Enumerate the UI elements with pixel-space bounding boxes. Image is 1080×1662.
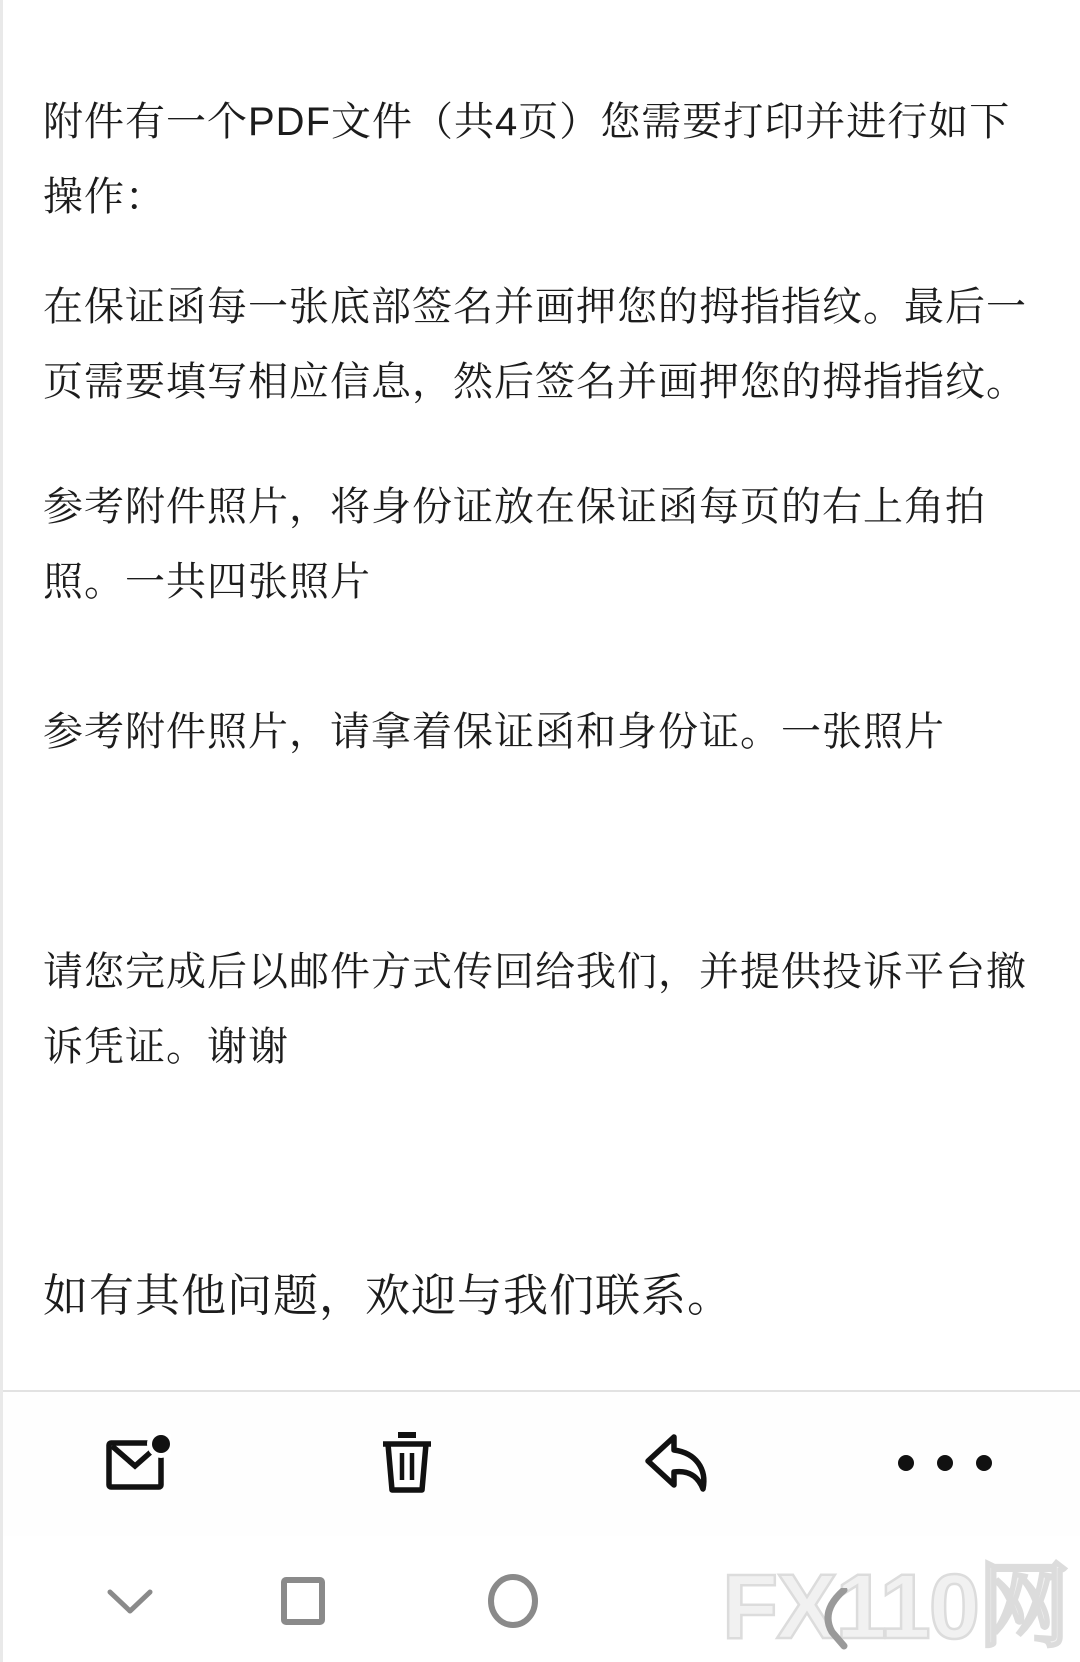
email-paragraph-photo-instruction-2: 参考附件照片，请拿着保证函和身份证。一张照片 <box>43 695 1042 770</box>
recents-button[interactable] <box>248 1554 358 1650</box>
system-navigation-bar: FX110网 <box>3 1536 1080 1662</box>
email-app-screen: 附件有一个PDF文件（共4页）您需要打印并进行如下操作： 在保证函每一张底部签名… <box>0 0 1080 1662</box>
chevron-down-icon <box>105 1586 155 1619</box>
email-paragraph-sign-instruction: 在保证函每一张底部签名并画押您的拇指指纹。最后一页需要填写相应信息，然后签名并画… <box>43 270 1042 420</box>
home-button[interactable] <box>458 1554 568 1650</box>
email-action-toolbar <box>3 1392 1080 1536</box>
email-paragraph-return-instruction: 请您完成后以邮件方式传回给我们，并提供投诉平台撤诉凭证。谢谢 <box>43 935 1042 1085</box>
trash-icon <box>378 1430 436 1499</box>
email-paragraph-photo-instruction-1: 参考附件照片，将身份证放在保证函每页的右上角拍照。一共四张照片 <box>43 470 1042 620</box>
reply-icon <box>639 1431 713 1498</box>
watermark-swoosh-icon <box>814 1588 858 1650</box>
email-paragraph-closing: 如有其他问题，欢迎与我们联系。 <box>43 1265 1042 1327</box>
mark-unread-button[interactable] <box>3 1392 272 1536</box>
more-options-button[interactable] <box>811 1392 1080 1536</box>
watermark-text: FX110网 <box>722 1533 1068 1662</box>
mark-unread-mail-icon <box>105 1434 171 1495</box>
hide-keyboard-button[interactable] <box>75 1554 185 1650</box>
fx110-watermark: FX110网 <box>722 1542 1068 1656</box>
recents-square-icon <box>280 1576 326 1629</box>
home-circle-icon <box>486 1573 540 1632</box>
email-paragraph-attachment-info: 附件有一个PDF文件（共4页）您需要打印并进行如下操作： <box>43 85 1042 235</box>
reply-button[interactable] <box>542 1392 811 1536</box>
delete-button[interactable] <box>272 1392 541 1536</box>
email-body: 附件有一个PDF文件（共4页）您需要打印并进行如下操作： 在保证函每一张底部签名… <box>3 0 1080 1390</box>
more-options-icon <box>897 1454 993 1475</box>
